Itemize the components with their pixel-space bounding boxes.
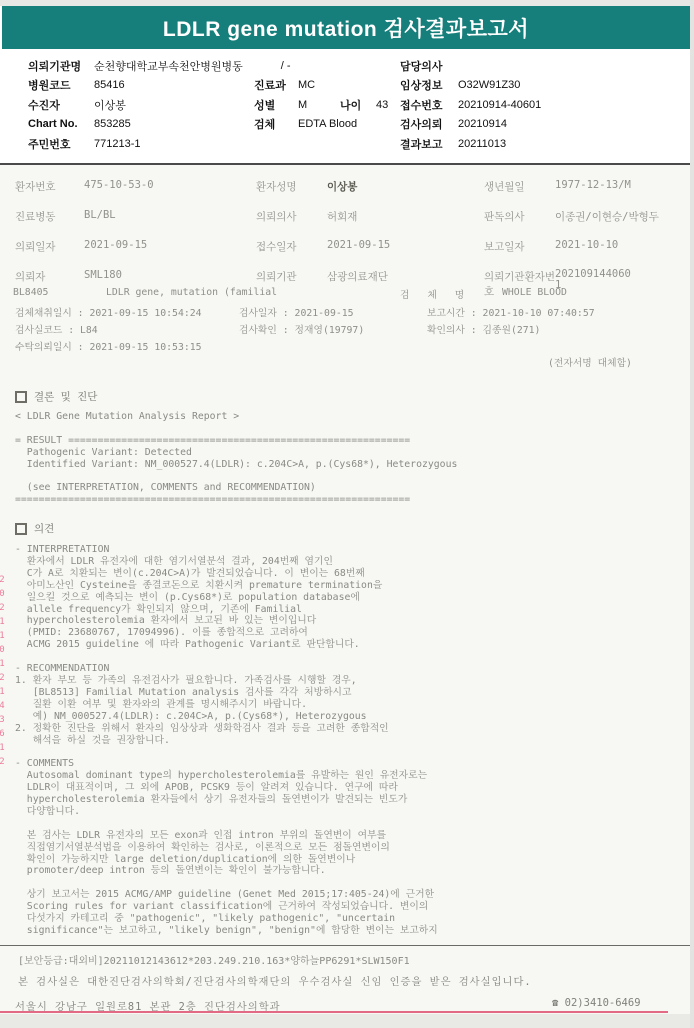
footer-divider <box>0 945 694 946</box>
specimen-name-value: WHOLE BLOOD <box>502 287 567 298</box>
report-title: LDLR gene mutation 검사결과보고서 <box>163 13 529 43</box>
footer-pink-underline <box>0 1011 668 1013</box>
institution-extra: / - <box>281 60 291 72</box>
ward-value: BL/BL <box>84 205 256 221</box>
department-label: 진료과 <box>254 77 298 93</box>
order-info-row: 담당의사 <box>400 56 660 76</box>
age-value: 43 <box>376 99 388 111</box>
referring-doctor-label: 의뢰의사 <box>256 205 327 224</box>
reading-doctor-value: 이종권/이현승/박형두 <box>555 205 683 224</box>
jumin-label: 주민번호 <box>28 136 94 152</box>
referring-org-label: 의뢰기관 <box>256 265 327 284</box>
receipt-no-value: 20210914-40601 <box>458 99 541 111</box>
request-date-value: 20210914 <box>458 118 507 130</box>
report-time: 보고시간 : 2021-10-10 07:40:57 <box>427 305 595 319</box>
hospital-code-value: 85416 <box>94 79 254 91</box>
chart-no-value: 853285 <box>94 118 254 130</box>
report-header: LDLR gene mutation 검사결과보고서 <box>2 6 690 49</box>
sex-label: 성별 <box>254 97 298 113</box>
security-classification-line: [보안등급:대외비]20211012143612*203.249.210.163… <box>18 952 410 967</box>
table-row: 의뢰일자 2021-09-15 접수일자 2021-09-15 보고일자 202… <box>15 235 683 265</box>
sex-value: M <box>298 99 326 111</box>
order-info-right-column: 담당의사 임상정보 O32W91Z30 접수번호 20210914-40601 … <box>400 56 660 154</box>
table-row: 진료병동 BL/BL 의뢰의사 허회재 판독의사 이종권/이현승/박형두 <box>15 205 683 235</box>
specimen-value: EDTA Blood <box>298 118 357 130</box>
lab-phone: ☎ 02)3410-6469 <box>552 997 641 1009</box>
section-marker-icon <box>15 391 27 403</box>
birthdate-value: 1977-12-13/M <box>555 175 683 191</box>
test-confirm: 검사확인 : 정재영(19797) <box>239 322 364 336</box>
clinical-info-label: 임상정보 <box>400 77 458 93</box>
chart-no-label: Chart No. <box>28 118 94 130</box>
test-date: 검사일자 : 2021-09-15 <box>239 305 354 319</box>
opinion-section-title: 의견 <box>15 521 54 536</box>
jumin-value: 771213-1 <box>94 138 141 150</box>
order-info-row: 접수번호 20210914-40601 <box>400 95 660 115</box>
order-info-row: 결과보고 20211013 <box>400 134 660 154</box>
side-security-watermark: 20211012143612 <box>0 575 7 805</box>
age-label: 나이 <box>340 97 376 113</box>
specimen-label: 검체 <box>254 116 298 132</box>
requester-label: 의뢰자 <box>15 265 84 284</box>
reading-doctor-label: 판독의사 <box>484 205 555 224</box>
esign-note: (전자서명 대체함) <box>548 355 632 369</box>
birthdate-label: 생년월일 <box>484 175 555 194</box>
test-name: LDLR gene, mutation (familial <box>106 287 277 298</box>
report-date-label: 결과보고 <box>400 136 458 152</box>
request-date-label: 검사의뢰 <box>400 116 458 132</box>
doctor-label: 담당의사 <box>400 58 458 74</box>
requester-value: SML180 <box>84 265 256 281</box>
page-bottom-strip <box>0 1014 694 1028</box>
confirm-doctor: 확인의사 : 김종원(271) <box>427 322 540 336</box>
report-date-value: 20211013 <box>458 138 506 150</box>
patient-name-value: 이상봉 <box>327 175 484 194</box>
referring-org-value: 삼광의료재단 <box>327 265 484 284</box>
order-info-section: 의뢰기관명 순천향대학교부속천안병원병동 / - 병원코드 85416 진료과 … <box>28 56 668 154</box>
department-value: MC <box>298 79 315 91</box>
referring-doctor-value: 허회재 <box>327 205 484 224</box>
specimen-name-label: 검 체 명 <box>400 287 470 301</box>
section-marker-icon <box>15 523 27 535</box>
table-row: 환자번호 475-10-53-0 환자성명 이상봉 생년월일 1977-12-1… <box>15 175 683 205</box>
patient-no-label: 환자번호 <box>15 175 84 194</box>
patient-info-table: 환자번호 475-10-53-0 환자성명 이상봉 생년월일 1977-12-1… <box>15 175 683 295</box>
patient-name-label: 환자성명 <box>256 175 327 194</box>
institution-label: 의뢰기관명 <box>28 58 94 74</box>
patient-no-value: 475-10-53-0 <box>84 175 256 191</box>
institution-value: 순천향대학교부속천안병원병동 <box>94 58 243 74</box>
collect-datetime: 검체채취일시 : 2021-09-15 10:54:24 <box>15 305 202 319</box>
conclusion-body: < LDLR Gene Mutation Analysis Report > =… <box>15 411 457 506</box>
order-info-row: 검사의뢰 20210914 <box>400 115 660 135</box>
report-date-value: 2021-10-10 <box>555 235 683 251</box>
conclusion-section-title: 결론 및 진단 <box>15 389 97 404</box>
clinical-info-value: O32W91Z30 <box>458 79 520 91</box>
receipt-no-label: 접수번호 <box>400 97 458 113</box>
patient-name-value: 이상봉 <box>94 97 254 113</box>
hospital-code-label: 병원코드 <box>28 77 94 93</box>
scanned-report-area: 환자번호 475-10-53-0 환자성명 이상봉 생년월일 1977-12-1… <box>0 165 694 1028</box>
test-code: BL8405 <box>13 287 48 298</box>
opinion-body: - INTERPRETATION 환자에서 LDLR 유전자에 대한 염기서열분… <box>15 544 438 937</box>
phone-number: 02)3410-6469 <box>565 997 641 1009</box>
phone-icon: ☎ <box>552 997 558 1009</box>
opinion-title-text: 의견 <box>34 521 54 536</box>
order-info-row: 임상정보 O32W91Z30 <box>400 76 660 96</box>
patient-label: 수진자 <box>28 97 94 113</box>
lab-code: 검사실코드 : L84 <box>15 322 98 336</box>
conclusion-title-text: 결론 및 진단 <box>34 389 97 404</box>
request-date-value: 2021-09-15 <box>84 235 256 251</box>
receipt-date-value: 2021-09-15 <box>327 235 484 251</box>
lab-certification-line: 본 검사실은 대한진단검사의학회/진단검사의학재단의 우수검사실 신임 인증을 … <box>18 973 532 988</box>
report-date-label: 보고일자 <box>484 235 555 254</box>
request-date-label: 의뢰일자 <box>15 235 84 254</box>
receipt-date-label: 접수일자 <box>256 235 327 254</box>
ward-label: 진료병동 <box>15 205 84 224</box>
entrust-datetime: 수탁의뢰일시 : 2021-09-15 10:53:15 <box>15 339 202 353</box>
